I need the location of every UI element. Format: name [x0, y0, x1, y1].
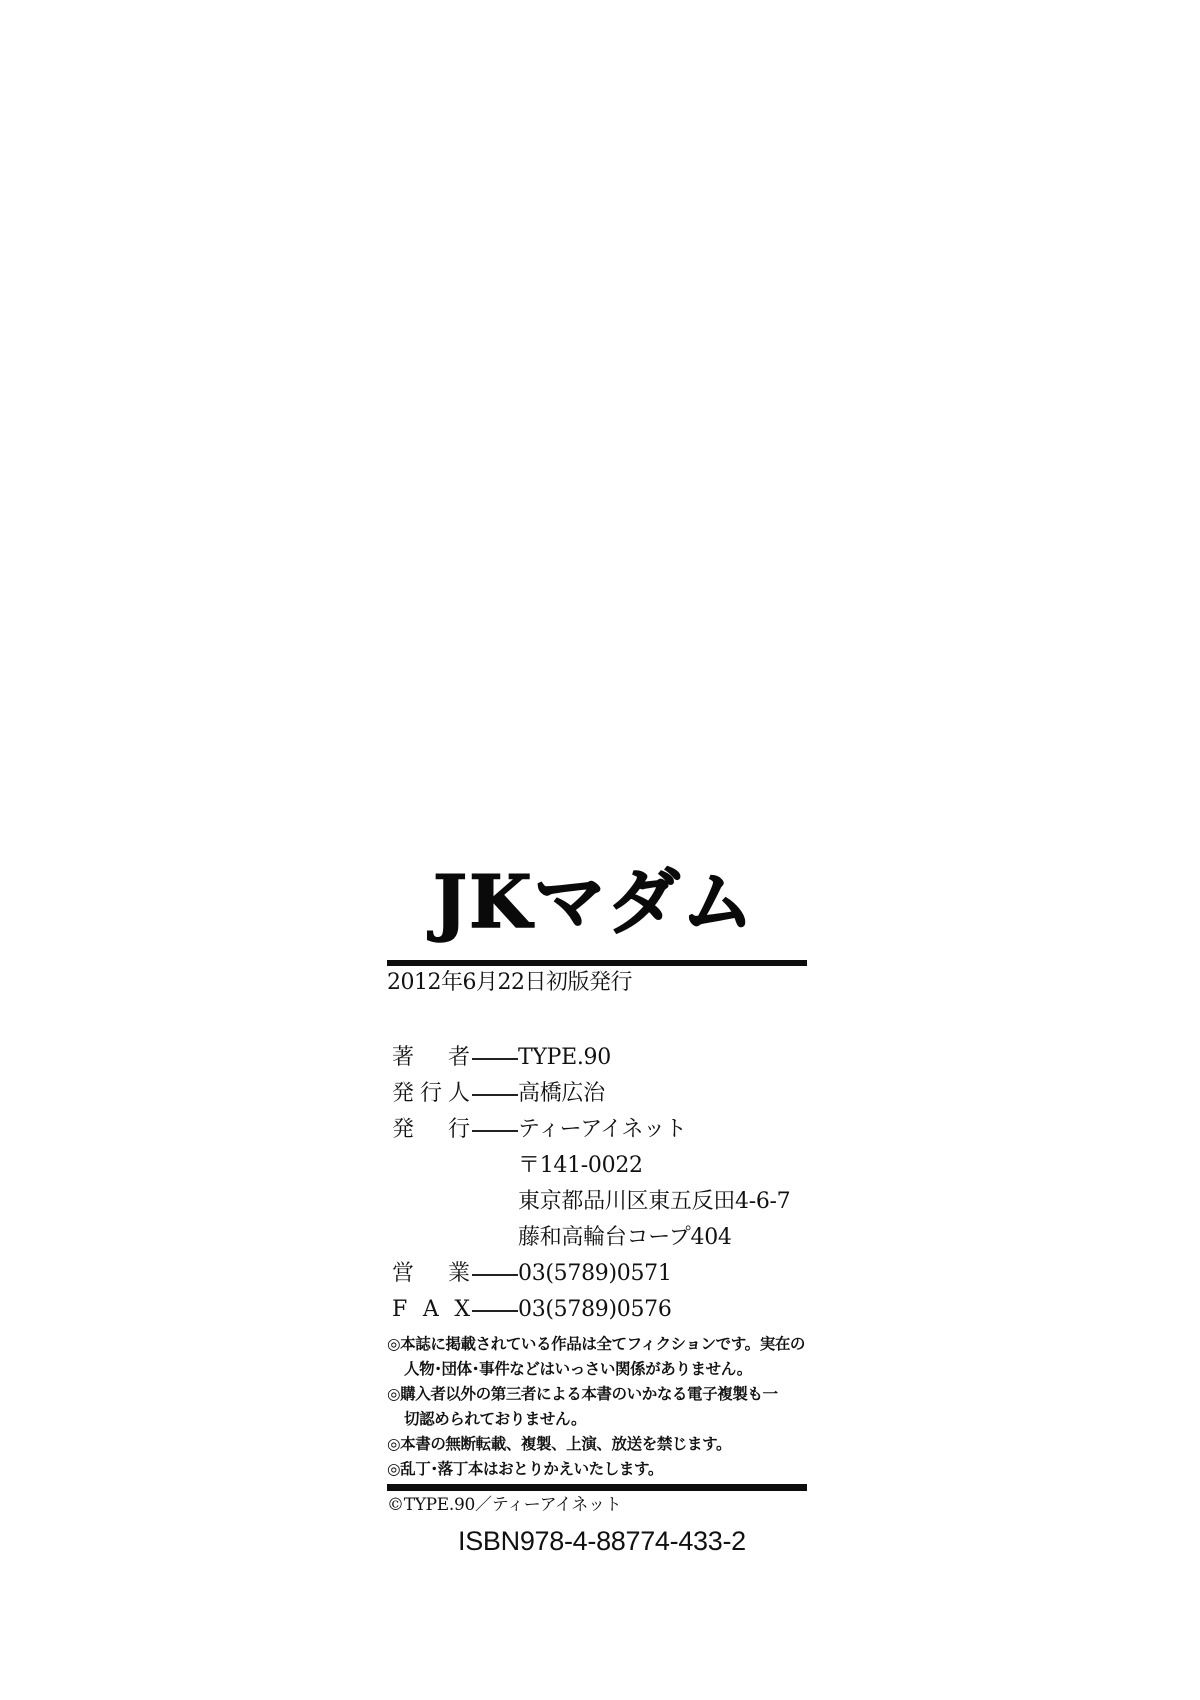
info-label-publisher: 発 行 — [392, 1112, 470, 1148]
leader-dash — [472, 1058, 518, 1060]
copyright-line: ©TYPE.90／ティーアイネット — [387, 1493, 621, 1517]
info-value-postal-code: 〒141-0022 — [518, 1148, 643, 1184]
colophon-page: JKマダム 2012年6月22日初版発行 著 者 TYPE.90 発 行 人 — [0, 0, 1200, 1700]
info-row-address: 東京都品川区東五反田4-6-7 — [392, 1184, 807, 1220]
label-char: 業 — [448, 1256, 470, 1292]
note-fiction-line1: ◎本誌に掲載されている作品は全てフィクションです。実在の — [387, 1332, 807, 1357]
info-row-postal-code: 〒141-0022 — [392, 1148, 807, 1184]
label-char: 発 — [392, 1076, 414, 1112]
note-reproduction: ◎本書の無断転載、複製、上演、放送を禁じます。 — [387, 1432, 807, 1457]
info-value-fax: 03(5789)0576 — [518, 1292, 672, 1328]
info-value-author: TYPE.90 — [518, 1040, 611, 1076]
info-value-building: 藤和高輪台コープ404 — [518, 1220, 732, 1256]
info-row-publisher: 発 行 ティーアイネット — [392, 1112, 807, 1148]
label-char: 著 — [392, 1040, 414, 1076]
info-row-sales: 営 業 03(5789)0571 — [392, 1256, 807, 1292]
info-label-publisher-person: 発 行 人 — [392, 1076, 470, 1112]
info-row-fax: F A X 03(5789)0576 — [392, 1292, 807, 1328]
top-rule-divider — [387, 960, 807, 966]
label-char: 行 — [448, 1112, 470, 1148]
publication-date: 2012年6月22日初版発行 — [387, 968, 632, 998]
label-char: 人 — [448, 1076, 470, 1112]
info-row-building: 藤和高輪台コープ404 — [392, 1220, 807, 1256]
info-label-author: 著 者 — [392, 1040, 470, 1076]
label-char: 行 — [420, 1076, 442, 1112]
label-char: F — [392, 1292, 407, 1328]
leader-dash — [472, 1130, 518, 1132]
info-value-publisher: ティーアイネット — [518, 1112, 687, 1148]
legal-notes: ◎本誌に掲載されている作品は全てフィクションです。実在の 人物･団体･事件などは… — [387, 1332, 807, 1482]
note-fiction-line2: 人物･団体･事件などはいっさい関係がありません。 — [387, 1357, 807, 1382]
label-char: X — [454, 1292, 470, 1328]
label-char: 営 — [392, 1256, 414, 1292]
info-value-sales-phone: 03(5789)0571 — [518, 1256, 672, 1292]
info-value-publisher-person: 高橋広治 — [518, 1076, 605, 1112]
label-char: 発 — [392, 1112, 414, 1148]
leader-dash — [472, 1094, 518, 1096]
book-title: JKマダム — [433, 862, 763, 942]
info-row-publisher-person: 発 行 人 高橋広治 — [392, 1076, 807, 1112]
label-char: A — [423, 1292, 439, 1328]
note-replacement: ◎乱丁･落丁本はおとりかえいたします。 — [387, 1457, 807, 1482]
info-value-address: 東京都品川区東五反田4-6-7 — [518, 1184, 790, 1220]
info-row-author: 著 者 TYPE.90 — [392, 1040, 807, 1076]
note-digital-copy-line2: 切認められておりません。 — [387, 1407, 807, 1432]
publication-info: 著 者 TYPE.90 発 行 人 高橋広治 発 行 — [392, 1040, 807, 1328]
leader-dash — [472, 1310, 518, 1312]
info-label-sales: 営 業 — [392, 1256, 470, 1292]
leader-dash — [472, 1274, 518, 1276]
bottom-rule-divider — [387, 1484, 807, 1491]
isbn-number: ISBN978-4-88774-433-2 — [458, 1524, 746, 1558]
note-digital-copy-line1: ◎購入者以外の第三者による本書のいかなる電子複製も一 — [387, 1382, 807, 1407]
label-char: 者 — [448, 1040, 470, 1076]
info-label-fax: F A X — [392, 1292, 470, 1328]
